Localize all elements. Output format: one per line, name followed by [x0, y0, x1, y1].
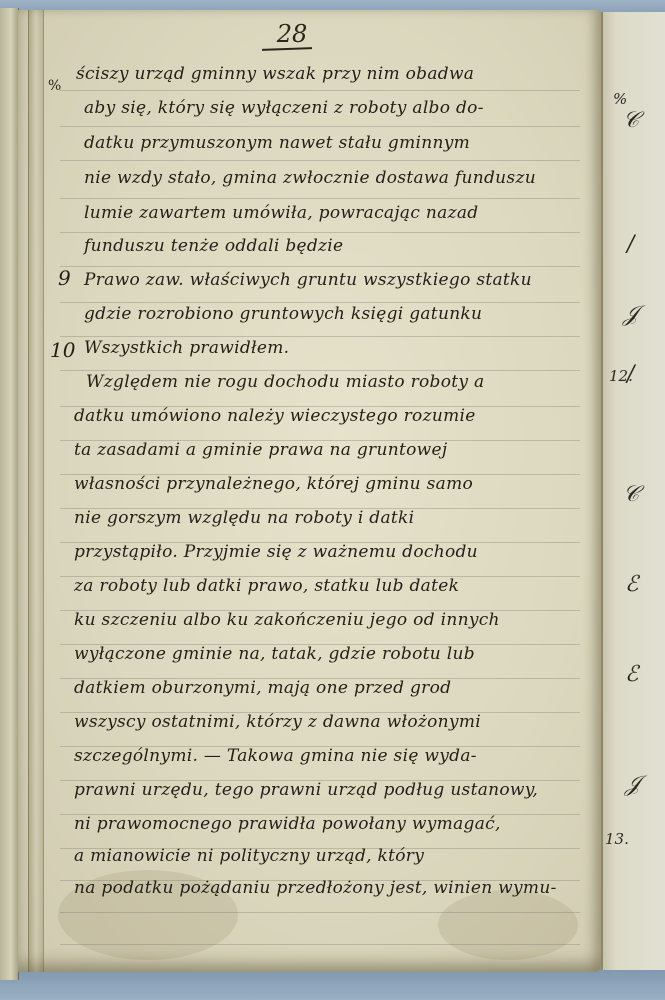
manuscript-line: datkiem oburzonymi, mają one przed grod [74, 678, 451, 698]
adjacent-page-mark: % [613, 90, 627, 108]
adjacent-page-script: / [627, 232, 634, 257]
adjacent-page-script: ℰ [625, 662, 638, 687]
ruling-line [60, 198, 580, 199]
adjacent-page-script: 𝒞 [623, 108, 639, 133]
ruling-line [60, 302, 580, 303]
adjacent-paragraph-number: 12. [609, 367, 633, 385]
paragraph-number: 9 [58, 266, 71, 290]
manuscript-line: ta zasadami a gminie prawa na gruntowej [74, 440, 447, 460]
manuscript-line: nie gorszym względu na roboty i datki [74, 508, 414, 528]
ruling-line [60, 232, 580, 233]
manuscript-line: a mianowicie ni polityczny urząd, który [74, 846, 424, 866]
manuscript-line: funduszu tenże oddali będzie [84, 236, 343, 256]
manuscript-line: na podatku pożądaniu przedłożony jest, w… [74, 878, 557, 898]
manuscript-line: aby się, który się wyłączeni z roboty al… [84, 98, 484, 118]
manuscript-line: wyłączone gminie na, tatak, gdzie robotu… [74, 644, 475, 664]
ruling-line [60, 160, 580, 161]
manuscript-line: szczególnymi. — Takowa gmina nie się wyd… [74, 746, 477, 766]
book-binding-edge [0, 8, 19, 980]
manuscript-line: wszyscy ostatnimi, którzy z dawna włożon… [74, 712, 481, 732]
paragraph-number: 10 [50, 338, 75, 362]
ruling-line [60, 944, 580, 945]
manuscript-line: prawni urzędu, tego prawni urząd podług … [74, 780, 538, 800]
manuscript-line: Wszystkich prawidłem. [84, 338, 289, 358]
manuscript-line: gdzie rozrobiono gruntowych księgi gatun… [84, 304, 482, 324]
manuscript-line: ściszy urząd gminny wszak przy nim obadw… [76, 64, 474, 84]
manuscript-line: datku umówiono należy wieczystego rozumi… [74, 406, 476, 426]
adjacent-page: % 𝒞 / 𝒥 / 12. 𝒞 ℰ ℰ 𝒥 13. [601, 12, 665, 970]
ruling-line [60, 370, 580, 371]
manuscript-line: własności przynależnego, której gminu sa… [74, 474, 473, 494]
continuation-mark-top: % [48, 78, 61, 94]
ruling-line [60, 266, 580, 267]
manuscript-line: Względem nie rogu dochodu miasto roboty … [86, 372, 484, 392]
adjacent-page-script: ℰ [625, 572, 638, 597]
ruling-line [60, 126, 580, 127]
adjacent-page-script: 𝒞 [623, 482, 639, 507]
manuscript-line: Prawo zaw. właściwych gruntu wszystkiego… [84, 270, 532, 290]
adjacent-page-script: 𝒥 [625, 772, 640, 797]
page-gutter [28, 10, 44, 972]
page-number: 28 [262, 20, 322, 48]
background-bottom [0, 968, 665, 1000]
ruling-line [60, 336, 580, 337]
ruling-line [60, 912, 580, 913]
manuscript-line: ni prawomocnego prawidła powołany wymaga… [74, 814, 501, 834]
manuscript-line: lumie zawartem umówiła, powracając nazad [84, 203, 478, 223]
manuscript-line: ku szczeniu albo ku zakończeniu jego od … [74, 610, 500, 630]
paper-stain [438, 890, 578, 960]
manuscript-line: datku przymuszonym nawet stału gminnym [84, 133, 470, 153]
manuscript-line: za roboty lub datki prawo, statku lub da… [74, 576, 459, 596]
ruling-line [60, 90, 580, 91]
manuscript-line: nie wzdy stało, gmina zwłocznie dostawa … [84, 168, 536, 188]
manuscript-line: przystąpiło. Przyjmie się z ważnemu doch… [74, 542, 478, 562]
adjacent-page-script: 𝒥 [623, 302, 638, 327]
adjacent-paragraph-number: 13. [605, 830, 629, 848]
